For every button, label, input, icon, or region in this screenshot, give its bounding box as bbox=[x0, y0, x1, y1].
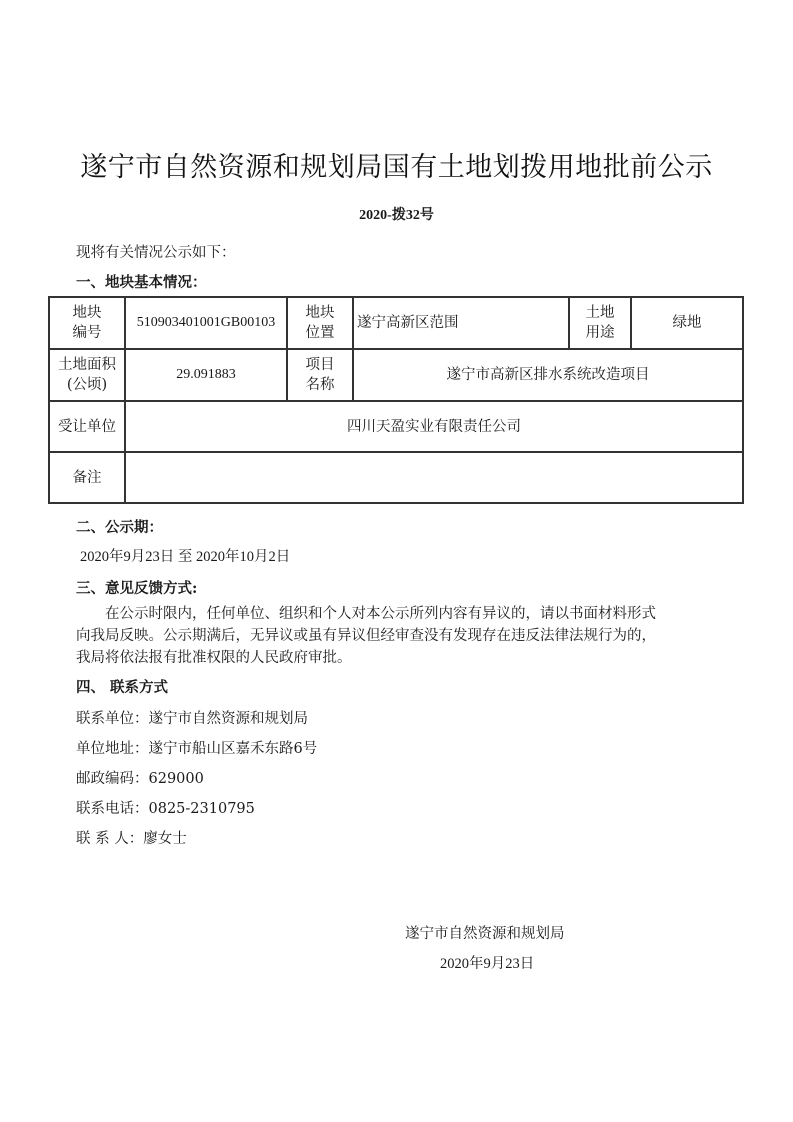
feedback-line: 向我局反映。公示期满后，无异议或虽有异议但经审查没有发现存在违反法律法规行为的， bbox=[76, 625, 726, 647]
remarks-label: 备注 bbox=[49, 452, 125, 503]
table-row: 备注 bbox=[49, 452, 743, 503]
contact-unit: 联系单位：遂宁市自然资源和规划局 bbox=[76, 707, 308, 728]
project-name-label: 项目 名称 bbox=[287, 349, 353, 401]
land-use-value: 绿地 bbox=[631, 297, 743, 349]
document-number: 2020-拨32号 bbox=[0, 204, 793, 224]
land-area-label: 土地面积 (公顷) bbox=[49, 349, 125, 401]
intro-text: 现将有关情况公示如下： bbox=[76, 241, 236, 262]
signature-issuer: 遂宁市自然资源和规划局 bbox=[405, 922, 565, 943]
parcel-info-table: 地块 编号 510903401001GB00103 地块 位置 遂宁高新区范围 … bbox=[48, 296, 744, 504]
section3-heading: 三、意见反馈方式: bbox=[76, 577, 197, 598]
section1-heading: 一、地块基本情况： bbox=[76, 271, 207, 292]
location-value: 遂宁高新区范围 bbox=[353, 297, 569, 349]
parcel-number-value: 510903401001GB00103 bbox=[125, 297, 287, 349]
table-row: 受让单位 四川天盈实业有限责任公司 bbox=[49, 401, 743, 452]
contact-phone: 联系电话：0825-2310795 bbox=[76, 797, 255, 818]
table-row: 地块 编号 510903401001GB00103 地块 位置 遂宁高新区范围 … bbox=[49, 297, 743, 349]
document-title: 遂宁市自然资源和规划局国有土地划拨用地批前公示 bbox=[0, 145, 793, 184]
feedback-line: 我局将依法报有批准权限的人民政府审批。 bbox=[76, 647, 726, 669]
section4-heading: 四、 联系方式 bbox=[76, 676, 168, 697]
land-area-value: 29.091883 bbox=[125, 349, 287, 401]
section2-heading: 二、公示期： bbox=[76, 516, 163, 537]
contact-postcode: 邮政编码：629000 bbox=[76, 767, 204, 788]
parcel-number-label: 地块 编号 bbox=[49, 297, 125, 349]
feedback-paragraph: 在公示时限内，任何单位、组织和个人对本公示所列内容有异议的，请以书面材料形式 向… bbox=[76, 603, 726, 669]
table-row: 土地面积 (公顷) 29.091883 项目 名称 遂宁市高新区排水系统改造项目 bbox=[49, 349, 743, 401]
signature-date: 2020年9月23日 bbox=[440, 952, 534, 973]
grantee-value: 四川天盈实业有限责任公司 bbox=[125, 401, 743, 452]
feedback-line: 在公示时限内，任何单位、组织和个人对本公示所列内容有异议的，请以书面材料形式 bbox=[76, 603, 726, 625]
remarks-value bbox=[125, 452, 743, 503]
location-label: 地块 位置 bbox=[287, 297, 353, 349]
project-name-value: 遂宁市高新区排水系统改造项目 bbox=[353, 349, 743, 401]
grantee-label: 受让单位 bbox=[49, 401, 125, 452]
contact-address: 单位地址：遂宁市船山区嘉禾东路6号 bbox=[76, 737, 317, 758]
contact-person: 联 系 人：廖女士 bbox=[76, 827, 187, 848]
land-use-label: 土地 用途 bbox=[569, 297, 631, 349]
publicity-period: 2020年9月23日 至 2020年10月2日 bbox=[80, 545, 290, 566]
